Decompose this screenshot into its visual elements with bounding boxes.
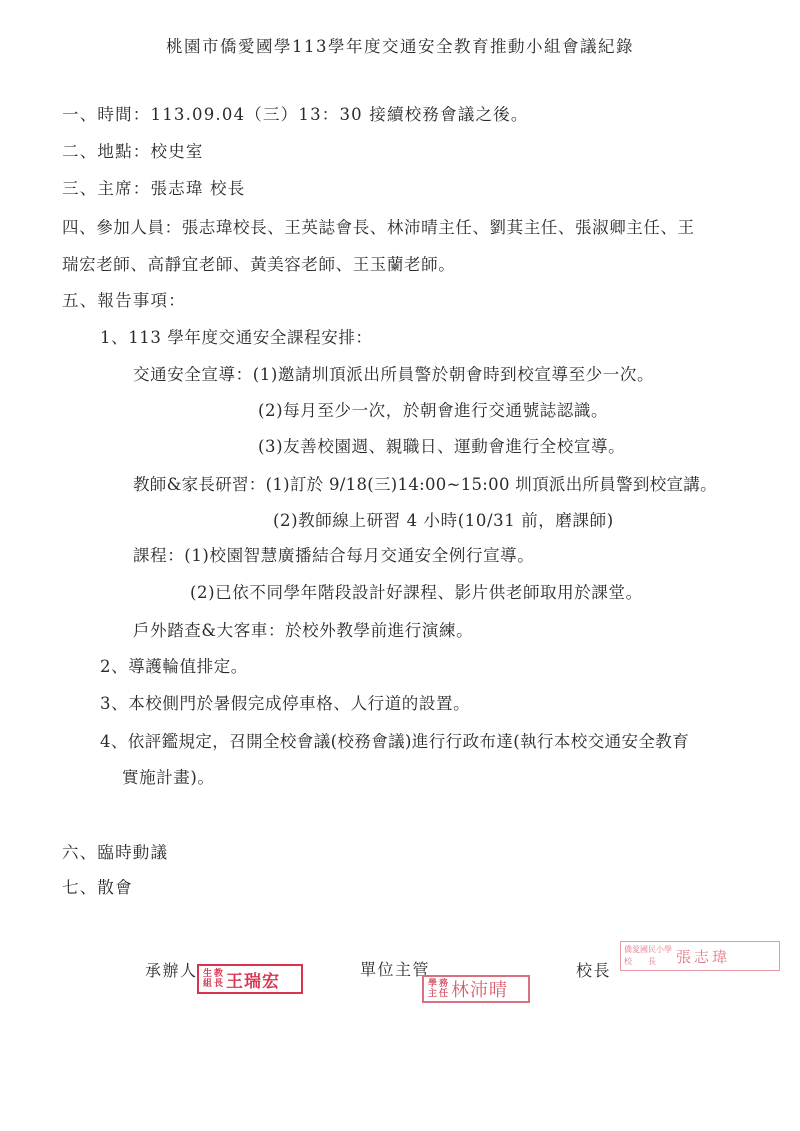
principal-seal-stamp: 僑愛國民小學 校 長 張志瑋	[620, 941, 780, 971]
section-location: 二、地點：校史室	[62, 142, 204, 162]
director-stamp-char: 任	[439, 989, 448, 999]
officer-stamp-char: 組	[203, 979, 212, 989]
principal-label: 校長	[576, 958, 611, 981]
courses-line1: 課程：(1)校園智慧廣播結合每月交通安全例行宣導。	[133, 546, 534, 566]
section-reports-heading: 五、報告事項：	[62, 291, 186, 311]
officer-label: 承辦人	[145, 958, 198, 981]
document-title: 桃園市僑愛國學113學年度交通安全教育推動小組會議紀錄	[0, 33, 800, 57]
section-motions: 六、臨時動議	[62, 843, 168, 863]
section-attendees-line1: 四、參加人員：張志瑋校長、王英誌會長、林沛晴主任、劉萁主任、張淑卿主任、王	[62, 218, 695, 238]
section-time: 一、時間：113.09.04（三）13：30 接續校務會議之後。	[62, 105, 529, 125]
outdoor-line: 戶外踏查&大客車：於校外教學前進行演練。	[133, 621, 473, 641]
promotion-line2: (2)每月至少一次，於朝會進行交通號誌認識。	[258, 401, 608, 421]
director-stamp-char: 學	[428, 979, 437, 989]
director-stamp-char: 務	[439, 979, 448, 989]
principal-stamp-title: 校 長	[624, 956, 672, 968]
officer-seal-stamp: 生 教 組 長 王瑞宏	[197, 964, 303, 994]
officer-stamp-char: 長	[214, 979, 223, 989]
promotion-line3: (3)友善校園週、親職日、運動會進行全校宣導。	[258, 437, 625, 457]
officer-stamp-char: 生	[203, 969, 212, 979]
report-item4-line1: 4、依評鑑規定，召開全校會議(校務會議)進行行政布達(執行本校交通安全教育	[100, 732, 689, 752]
director-stamp-char: 主	[428, 989, 437, 999]
section-chair: 三、主席：張志瑋 校長	[62, 179, 245, 199]
section-adjourn: 七、散會	[62, 878, 133, 898]
courses-line2: (2)已依不同學年階段設計好課程、影片供老師取用於課堂。	[190, 583, 643, 603]
promotion-line1: 交通安全宣導：(1)邀請圳頂派出所員警於朝會時到校宣導至少一次。	[133, 365, 654, 385]
report-item4-line2: 實施計畫)。	[122, 768, 215, 788]
officer-stamp-char: 教	[214, 969, 223, 979]
training-line2: (2)教師線上研習 4 小時(10/31 前，磨課師)	[273, 511, 614, 531]
principal-stamp-school: 僑愛國民小學	[624, 944, 672, 956]
officer-stamp-name: 王瑞宏	[226, 967, 280, 992]
section-attendees-line2: 瑞宏老師、高靜宜老師、黃美容老師、王玉蘭老師。	[62, 255, 455, 275]
principal-stamp-name: 張志瑋	[676, 946, 730, 967]
report-item1-heading: 1、113 學年度交通安全課程安排：	[100, 328, 373, 348]
report-item3: 3、本校側門於暑假完成停車格、人行道的設置。	[100, 694, 470, 714]
director-stamp-name: 林沛晴	[451, 976, 508, 1002]
director-label: 單位主管	[360, 957, 430, 980]
director-seal-stamp: 學 務 主 任 林沛晴	[422, 975, 530, 1003]
report-item2: 2、導護輪值排定。	[100, 657, 248, 677]
training-line1: 教師&家長研習：(1)訂於 9/18(三)14:00~15:00 圳頂派出所員警…	[133, 475, 717, 495]
